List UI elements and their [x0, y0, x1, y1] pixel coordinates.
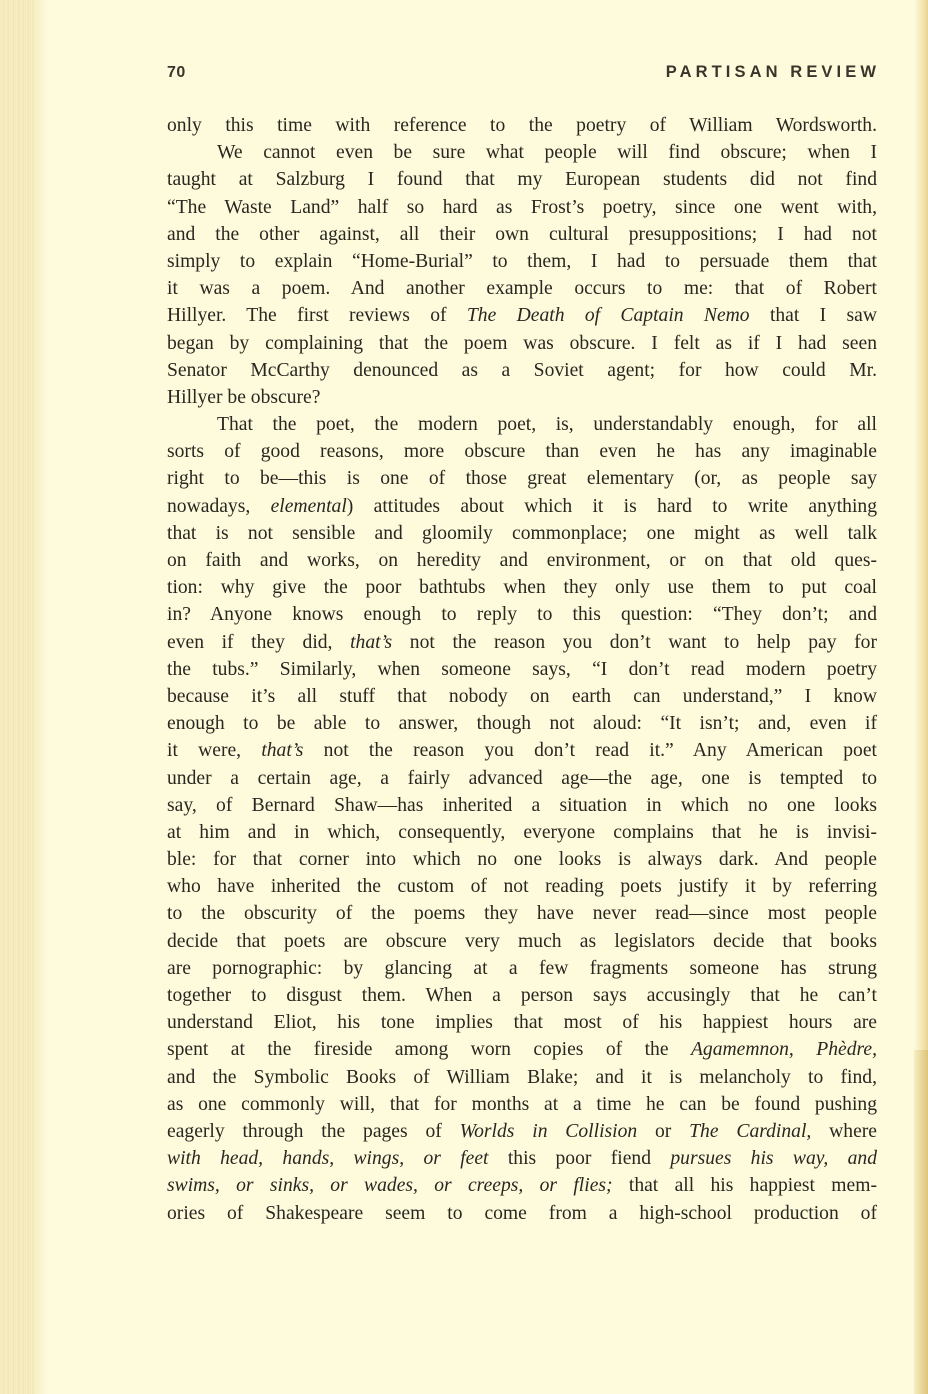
text-segment: We cannot even be sure what people will … — [217, 142, 877, 163]
text-segment: at him and in which, consequently, every… — [167, 822, 877, 843]
text-line: swims, or sinks, or wades, or creeps, or… — [167, 1172, 877, 1199]
text-segment: because it’s all stuff that nobody on ea… — [167, 686, 877, 707]
text-segment: taught at Salzburg I found that my Europ… — [167, 169, 877, 190]
text-segment: this poor fiend — [489, 1148, 671, 1169]
text-segment: on faith and works, on heredity and envi… — [167, 550, 877, 571]
text-segment: the tubs.” Similarly, when someone says,… — [167, 659, 877, 680]
text-line: We cannot even be sure what people will … — [167, 139, 877, 166]
text-segment: eagerly through the pages of — [167, 1121, 460, 1142]
text-line: to the obscurity of the poems they have … — [167, 900, 877, 927]
text-segment: that is not sensible and gloomily common… — [167, 523, 877, 544]
text-line: who have inherited the custom of not rea… — [167, 873, 877, 900]
text-line: began by complaining that the poem was o… — [167, 330, 877, 357]
page-edge-stain — [914, 1050, 928, 1394]
text-line: together to disgust them. When a person … — [167, 982, 877, 1009]
text-segment: or — [637, 1121, 689, 1142]
text-line: enough to be able to answer, though not … — [167, 710, 877, 737]
text-segment: and the Symbolic Books of William Blake;… — [167, 1067, 877, 1088]
text-line: eagerly through the pages of Worlds in C… — [167, 1118, 877, 1145]
text-segment: it were, — [167, 740, 261, 761]
text-line: nowadays, elemental) attitudes about whi… — [167, 493, 877, 520]
text-line: simply to explain “Home-Burial” to them,… — [167, 248, 877, 275]
text-line: only this time with reference to the poe… — [167, 112, 877, 139]
text-line: decide that poets are obscure very much … — [167, 928, 877, 955]
text-line: it was a poem. And another example occur… — [167, 275, 877, 302]
text-segment: right to be—this is one of those great e… — [167, 468, 877, 489]
page-gutter-shadow — [0, 0, 34, 1394]
text-segment: who have inherited the custom of not rea… — [167, 876, 877, 897]
italic-text: elemental — [271, 496, 347, 517]
text-line: that is not sensible and gloomily common… — [167, 520, 877, 547]
text-segment: simply to explain “Home-Burial” to them,… — [167, 251, 877, 272]
italic-text: pursues his way, and — [670, 1148, 877, 1169]
text-line: with head, hands, wings, or feet this po… — [167, 1145, 877, 1172]
text-segment: Senator McCarthy denounced as a Soviet a… — [167, 360, 877, 381]
text-line: on faith and works, on heredity and envi… — [167, 547, 877, 574]
text-segment: Hillyer. The first reviews of — [167, 305, 467, 326]
text-segment: that I saw — [750, 305, 877, 326]
text-line: because it’s all stuff that nobody on ea… — [167, 683, 877, 710]
text-segment: ble: for that corner into which no one l… — [167, 849, 877, 870]
italic-text: that’s — [261, 740, 303, 761]
text-segment: decide that poets are obscure very much … — [167, 931, 877, 952]
text-segment: even if they did, — [167, 632, 350, 653]
italic-text: The Death of Captain Nemo — [467, 305, 750, 326]
italic-text: The Cardinal, — [689, 1121, 811, 1142]
text-segment: together to disgust them. When a person … — [167, 985, 877, 1006]
text-line: spent at the fireside among worn copies … — [167, 1036, 877, 1063]
text-segment: where — [811, 1121, 877, 1142]
text-line: Hillyer. The first reviews of The Death … — [167, 302, 877, 329]
text-line: the tubs.” Similarly, when someone says,… — [167, 656, 877, 683]
text-line: taught at Salzburg I found that my Europ… — [167, 166, 877, 193]
text-line: and the other against, all their own cul… — [167, 221, 877, 248]
text-segment: enough to be able to answer, though not … — [167, 713, 877, 734]
text-line: as one commonly will, that for months at… — [167, 1091, 877, 1118]
text-segment: that all his happiest mem- — [613, 1175, 877, 1196]
body-text: only this time with reference to the poe… — [167, 112, 877, 1227]
running-head: 70 PARTISAN REVIEW — [167, 63, 877, 91]
text-line: Hillyer be obscure? — [167, 384, 877, 411]
book-page: 70 PARTISAN REVIEW only this time with r… — [167, 63, 877, 1227]
text-segment: not the reason you don’t read it.” Any A… — [303, 740, 877, 761]
text-segment: it was a poem. And another example occur… — [167, 278, 877, 299]
text-segment: sorts of good reasons, more obscure than… — [167, 441, 877, 462]
text-line: say, of Bernard Shaw—has inherited a sit… — [167, 792, 877, 819]
italic-text: with head, hands, wings, or feet — [167, 1148, 489, 1169]
text-line: and the Symbolic Books of William Blake;… — [167, 1064, 877, 1091]
text-line: That the poet, the modern poet, is, unde… — [167, 411, 877, 438]
text-segment: That the poet, the modern poet, is, unde… — [217, 414, 877, 435]
text-segment: ories of Shakespeare seem to come from a… — [167, 1203, 877, 1224]
text-segment: under a certain age, a fairly advanced a… — [167, 768, 877, 789]
text-line: in? Anyone knows enough to reply to this… — [167, 601, 877, 628]
text-segment: understand Eliot, his tone implies that … — [167, 1012, 877, 1033]
text-segment: nowadays, — [167, 496, 271, 517]
text-segment: only this time with reference to the poe… — [167, 115, 877, 136]
text-segment: tion: why give the poor bathtubs when th… — [167, 577, 877, 598]
text-line: right to be—this is one of those great e… — [167, 465, 877, 492]
page-edge-right — [914, 0, 928, 1394]
text-segment: began by complaining that the poem was o… — [167, 333, 877, 354]
text-line: “The Waste Land” half so hard as Frost’s… — [167, 194, 877, 221]
text-line: at him and in which, consequently, every… — [167, 819, 877, 846]
text-segment: Hillyer be obscure? — [167, 387, 320, 408]
text-line: ories of Shakespeare seem to come from a… — [167, 1200, 877, 1227]
text-segment: not the reason you don’t want to help pa… — [392, 632, 877, 653]
text-segment: in? Anyone knows enough to reply to this… — [167, 604, 877, 625]
page-number: 70 — [167, 64, 186, 82]
journal-title: PARTISAN REVIEW — [666, 63, 880, 82]
italic-text: Agamemnon, Phèdre, — [691, 1039, 877, 1060]
italic-text: Worlds in Collision — [460, 1121, 638, 1142]
text-line: understand Eliot, his tone implies that … — [167, 1009, 877, 1036]
text-segment: and the other against, all their own cul… — [167, 224, 877, 245]
text-segment: to the obscurity of the poems they have … — [167, 903, 877, 924]
text-line: under a certain age, a fairly advanced a… — [167, 765, 877, 792]
text-segment: say, of Bernard Shaw—has inherited a sit… — [167, 795, 877, 816]
text-line: Senator McCarthy denounced as a Soviet a… — [167, 357, 877, 384]
text-segment: are pornographic: by glancing at a few f… — [167, 958, 877, 979]
text-line: tion: why give the poor bathtubs when th… — [167, 574, 877, 601]
italic-text: swims, or sinks, or wades, or creeps, or… — [167, 1175, 613, 1196]
text-segment: spent at the fireside among worn copies … — [167, 1039, 691, 1060]
text-segment: “The Waste Land” half so hard as Frost’s… — [167, 197, 877, 218]
text-line: it were, that’s not the reason you don’t… — [167, 737, 877, 764]
text-line: are pornographic: by glancing at a few f… — [167, 955, 877, 982]
text-segment: as one commonly will, that for months at… — [167, 1094, 877, 1115]
text-line: sorts of good reasons, more obscure than… — [167, 438, 877, 465]
italic-text: that’s — [350, 632, 392, 653]
text-segment: ) attitudes about which it is hard to wr… — [347, 496, 877, 517]
text-line: even if they did, that’s not the reason … — [167, 629, 877, 656]
text-line: ble: for that corner into which no one l… — [167, 846, 877, 873]
